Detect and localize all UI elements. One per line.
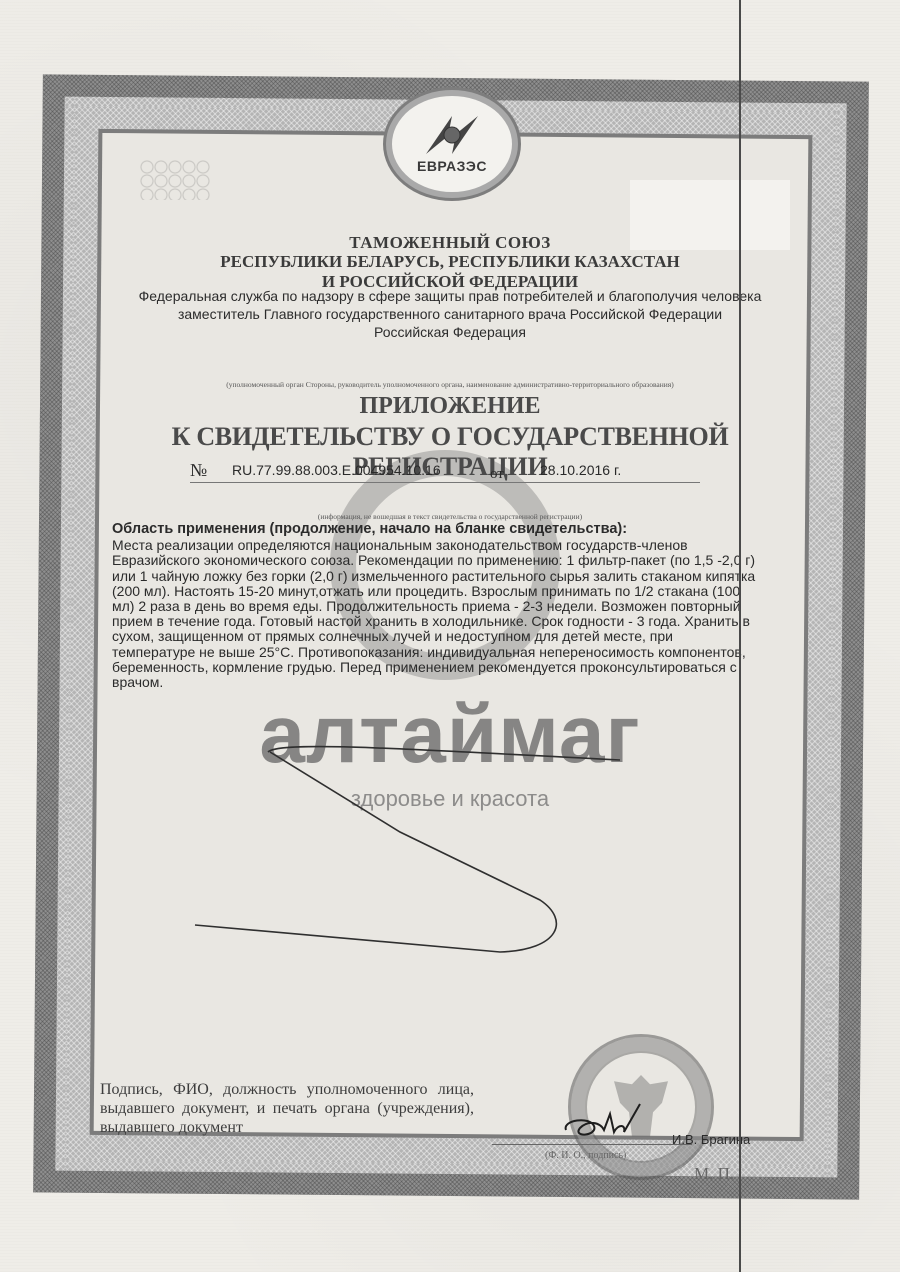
seal-mark: М. П. xyxy=(694,1164,734,1184)
signature-caption: (Ф. И. О., подпись) xyxy=(545,1150,626,1161)
scan-fold-line xyxy=(739,0,741,1272)
signature-line xyxy=(492,1144,692,1145)
handwritten-signature xyxy=(560,1100,650,1145)
signature-label: Подпись, ФИО, должность уполномоченного … xyxy=(100,1080,474,1137)
